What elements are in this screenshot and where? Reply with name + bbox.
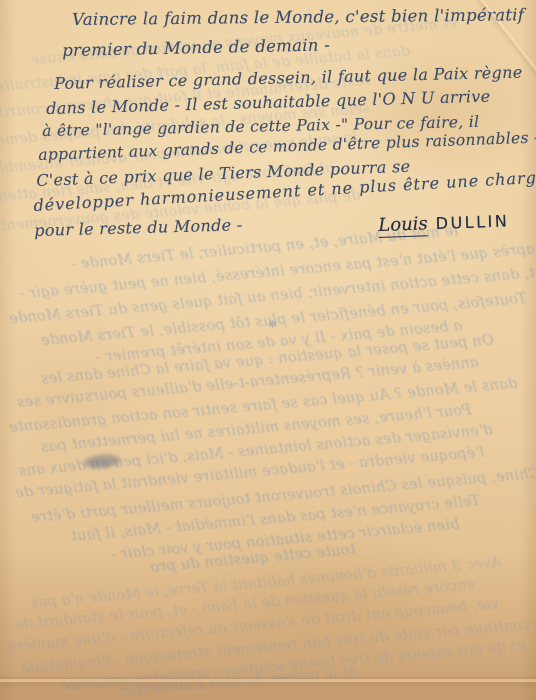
signature-first-name: Louis — [378, 213, 428, 238]
signature-last-name: DULLIN — [435, 211, 509, 233]
bleedthrough-mark: ✱ — [268, 318, 277, 331]
signature: LouisDULLIN — [378, 210, 510, 236]
letter-scan: et mettre de nouveaux moyens au service … — [0, 0, 536, 700]
paper-crease — [0, 679, 536, 682]
